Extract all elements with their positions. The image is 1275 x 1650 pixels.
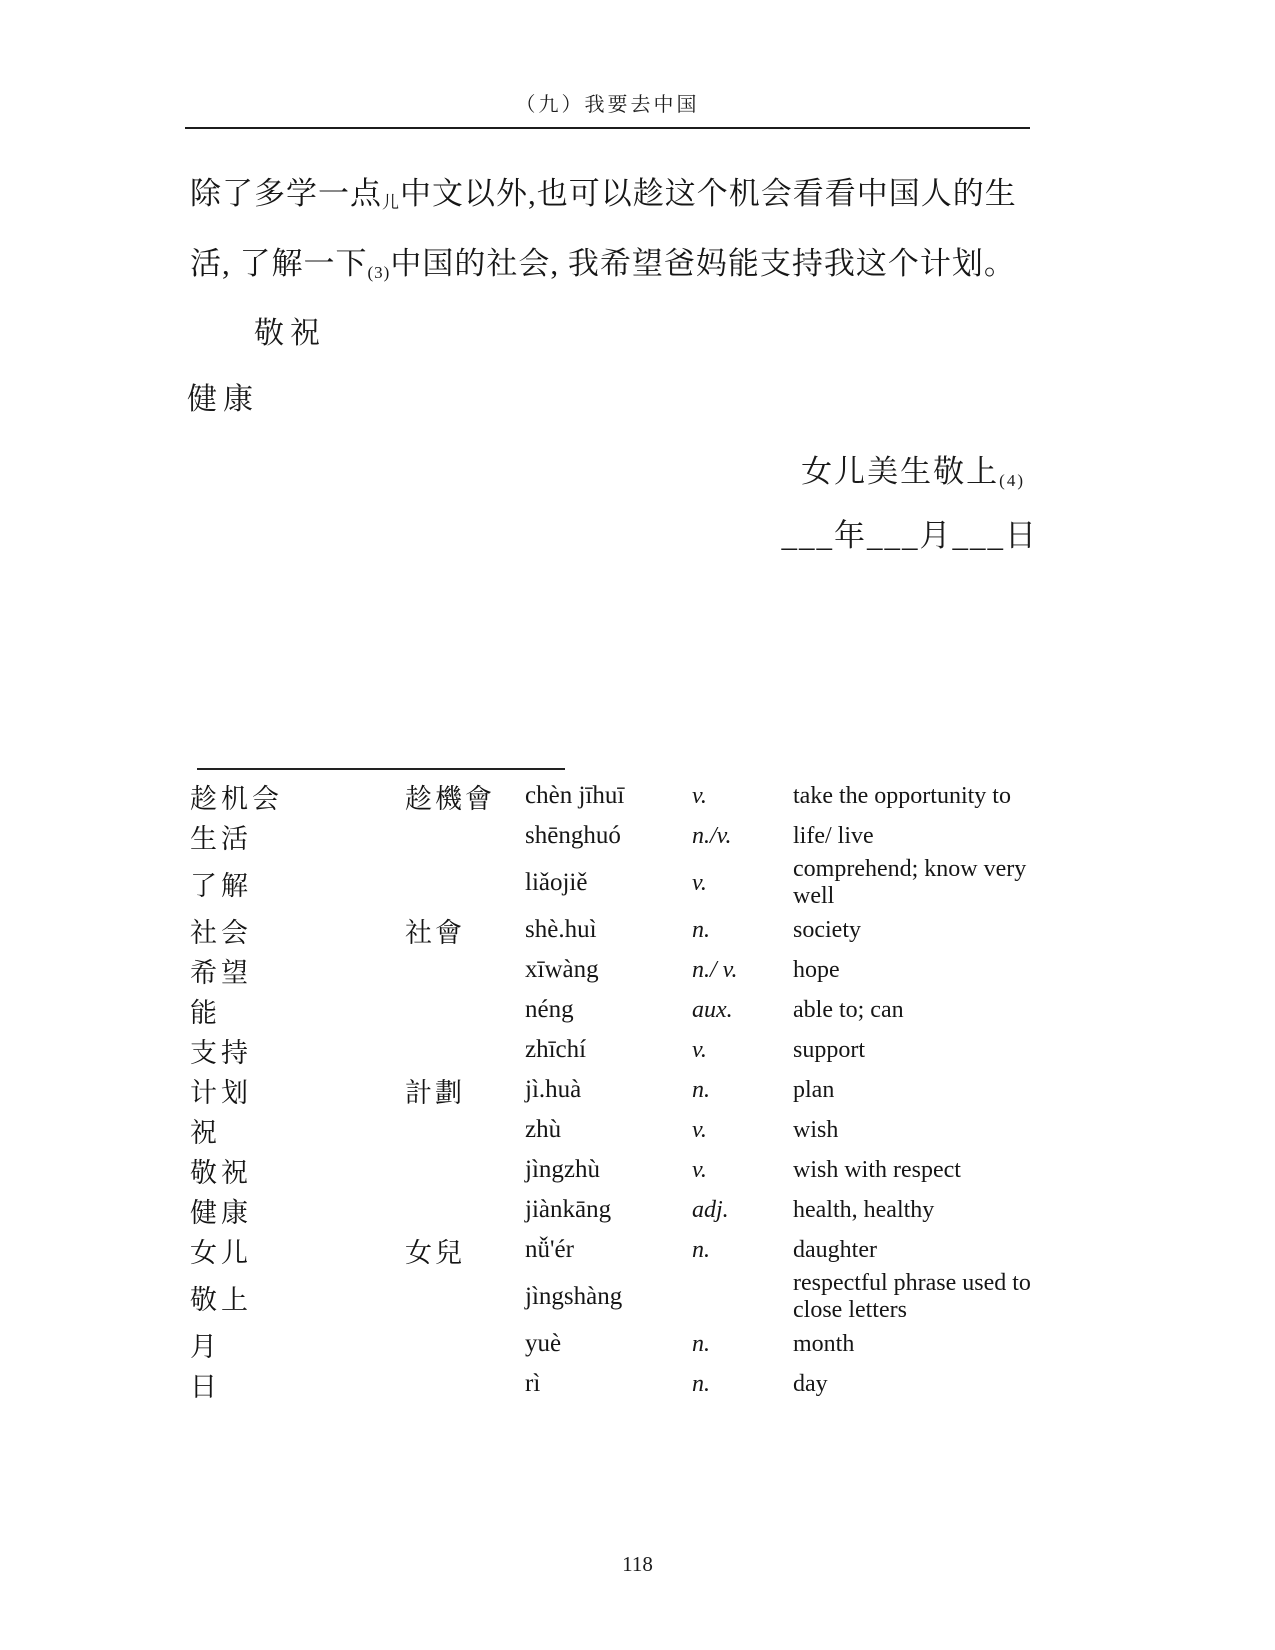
vocab-traditional-cell: 趁機會	[405, 777, 525, 816]
vocab-pos-cell: n.	[692, 1371, 793, 1398]
letter-line2-text: 活, 了解一下	[190, 246, 368, 281]
vocab-row: 希望xīwàngn./ v.hope	[190, 950, 1045, 990]
vocab-simplified-cell: 女儿	[190, 1231, 405, 1270]
vocab-traditional-cell: 女兒	[405, 1231, 525, 1270]
vocab-simplified-cell: 能	[190, 991, 405, 1030]
vocab-english-cell: day	[793, 1371, 1045, 1398]
vocab-english-cell: health, healthy	[793, 1197, 1045, 1224]
vocab-row: 女儿女兒nǚ'érn.daughter	[190, 1230, 1045, 1270]
letter-paragraph-line-2: 活, 了解一下(3)中国的社会, 我希望爸妈能支持我这个计划。	[190, 238, 1050, 283]
vocab-english-cell: wish with respect	[793, 1157, 1045, 1184]
vocab-pinyin-cell: zhù	[525, 1116, 692, 1144]
vocab-english-cell: society	[793, 917, 1045, 944]
vocab-pinyin-cell: liǎojiě	[525, 869, 692, 897]
vocab-simplified-cell: 健康	[190, 1191, 405, 1230]
vocab-rows: 趁机会趁機會chèn jīhuīv.take the opportunity t…	[190, 776, 1045, 1404]
vocab-pinyin-cell: zhīchí	[525, 1036, 692, 1064]
vocab-english-cell: take the opportunity to	[793, 783, 1045, 810]
vocab-simplified-cell: 敬祝	[190, 1151, 405, 1190]
footnote-marker-4: (4)	[999, 471, 1025, 490]
vocab-simplified-cell: 社会	[190, 911, 405, 950]
vocab-english-cell: respectful phrase used to close letters	[793, 1270, 1045, 1324]
letter-line1-text: 除了多学一点	[190, 176, 382, 211]
vocab-pinyin-cell: jìngzhù	[525, 1156, 692, 1184]
vocab-pos-cell: n./ v.	[692, 957, 793, 984]
vocab-simplified-cell: 希望	[190, 951, 405, 990]
vocab-english-cell: comprehend; know very well	[793, 856, 1045, 910]
letter-line2-text-cont: 中国的社会, 我希望爸妈能支持我这个计划。	[390, 246, 1016, 281]
vocab-pinyin-cell: shè.huì	[525, 916, 692, 944]
vocab-pos-cell: v.	[692, 870, 793, 897]
vocab-row: 敬上jìngshàngrespectful phrase used to clo…	[190, 1270, 1045, 1324]
signature-line: 女儿美生敬上(4)	[190, 446, 1025, 491]
vocab-pos-cell: n.	[692, 1331, 793, 1358]
vocab-table: 趁机会趁機會chèn jīhuīv.take the opportunity t…	[190, 768, 1045, 1404]
vocab-pinyin-cell: shēnghuó	[525, 822, 692, 850]
vocab-pinyin-cell: nǚ'ér	[525, 1236, 692, 1264]
vocab-pinyin-cell: chèn jīhuī	[525, 782, 692, 810]
header-rule	[185, 127, 1030, 129]
vocab-english-cell: life/ live	[793, 823, 1045, 850]
date-fill-in-line: ___年___月___日	[190, 510, 1038, 555]
vocab-row: 月yuèn.month	[190, 1324, 1045, 1364]
vocab-simplified-cell: 敬上	[190, 1278, 405, 1317]
vocab-row: 社会社會shè.huìn.society	[190, 910, 1045, 950]
vocab-simplified-cell: 趁机会	[190, 777, 405, 816]
vocab-simplified-cell: 祝	[190, 1111, 405, 1150]
page-number: 118	[0, 1552, 1275, 1577]
vocab-row: 支持zhīchív.support	[190, 1030, 1045, 1070]
vocab-row: 日rìn.day	[190, 1364, 1045, 1404]
vocab-simplified-cell: 月	[190, 1325, 405, 1364]
vocab-pinyin-cell: yuè	[525, 1330, 692, 1358]
letter-closing-salute: 敬祝	[254, 308, 326, 352]
vocab-english-cell: support	[793, 1037, 1045, 1064]
vocab-english-cell: plan	[793, 1077, 1045, 1104]
vocab-simplified-cell: 计划	[190, 1071, 405, 1110]
vocab-pos-cell: v.	[692, 1117, 793, 1144]
letter-line1-text-cont: 中文以外,也可以趁这个机会看看中国人的生	[400, 176, 1017, 211]
signature-text: 女儿美生敬上	[801, 454, 999, 489]
vocab-english-cell: able to; can	[793, 997, 1045, 1024]
vocab-row: 了解liǎojiěv.comprehend; know very well	[190, 856, 1045, 910]
vocab-pos-cell: n./v.	[692, 823, 793, 850]
vocab-simplified-cell: 支持	[190, 1031, 405, 1070]
vocab-simplified-cell: 了解	[190, 864, 405, 903]
vocab-pinyin-cell: rì	[525, 1370, 692, 1398]
vocab-traditional-cell: 社會	[405, 911, 525, 950]
vocab-pos-cell: n.	[692, 1077, 793, 1104]
textbook-page: （九）我要去中国 除了多学一点儿中文以外,也可以趁这个机会看看中国人的生 活, …	[0, 0, 1275, 1650]
vocab-english-cell: daughter	[793, 1237, 1045, 1264]
vocab-simplified-cell: 生活	[190, 817, 405, 856]
vocab-top-rule	[197, 768, 565, 770]
vocab-simplified-cell: 日	[190, 1365, 405, 1404]
vocab-pos-cell: v.	[692, 1157, 793, 1184]
erhua-subscript: 儿	[382, 193, 400, 212]
vocab-row: 趁机会趁機會chèn jīhuīv.take the opportunity t…	[190, 776, 1045, 816]
vocab-traditional-cell: 計劃	[405, 1071, 525, 1110]
vocab-row: 健康jiànkāngadj.health, healthy	[190, 1190, 1045, 1230]
vocab-pinyin-cell: jì.huà	[525, 1076, 692, 1104]
vocab-row: 计划計劃jì.huàn.plan	[190, 1070, 1045, 1110]
vocab-pos-cell: aux.	[692, 997, 793, 1024]
letter-paragraph-line-1: 除了多学一点儿中文以外,也可以趁这个机会看看中国人的生	[190, 168, 1050, 213]
vocab-pos-cell: v.	[692, 1037, 793, 1064]
vocab-pos-cell: n.	[692, 1237, 793, 1264]
vocab-pinyin-cell: jìngshàng	[525, 1283, 692, 1311]
vocab-pos-cell: n.	[692, 917, 793, 944]
footnote-marker-3: (3)	[368, 263, 391, 282]
vocab-pinyin-cell: xīwàng	[525, 956, 692, 984]
letter-closing-wish: 健康	[187, 374, 259, 418]
vocab-english-cell: wish	[793, 1117, 1045, 1144]
vocab-row: 能néngaux.able to; can	[190, 990, 1045, 1030]
vocab-pos-cell: adj.	[692, 1197, 793, 1224]
vocab-row: 祝zhùv.wish	[190, 1110, 1045, 1150]
page-header-title: （九）我要去中国	[185, 88, 1030, 117]
vocab-pinyin-cell: jiànkāng	[525, 1196, 692, 1224]
vocab-pos-cell: v.	[692, 783, 793, 810]
vocab-row: 生活shēnghuón./v.life/ live	[190, 816, 1045, 856]
vocab-pinyin-cell: néng	[525, 996, 692, 1024]
vocab-english-cell: month	[793, 1331, 1045, 1358]
vocab-row: 敬祝jìngzhùv.wish with respect	[190, 1150, 1045, 1190]
vocab-english-cell: hope	[793, 957, 1045, 984]
